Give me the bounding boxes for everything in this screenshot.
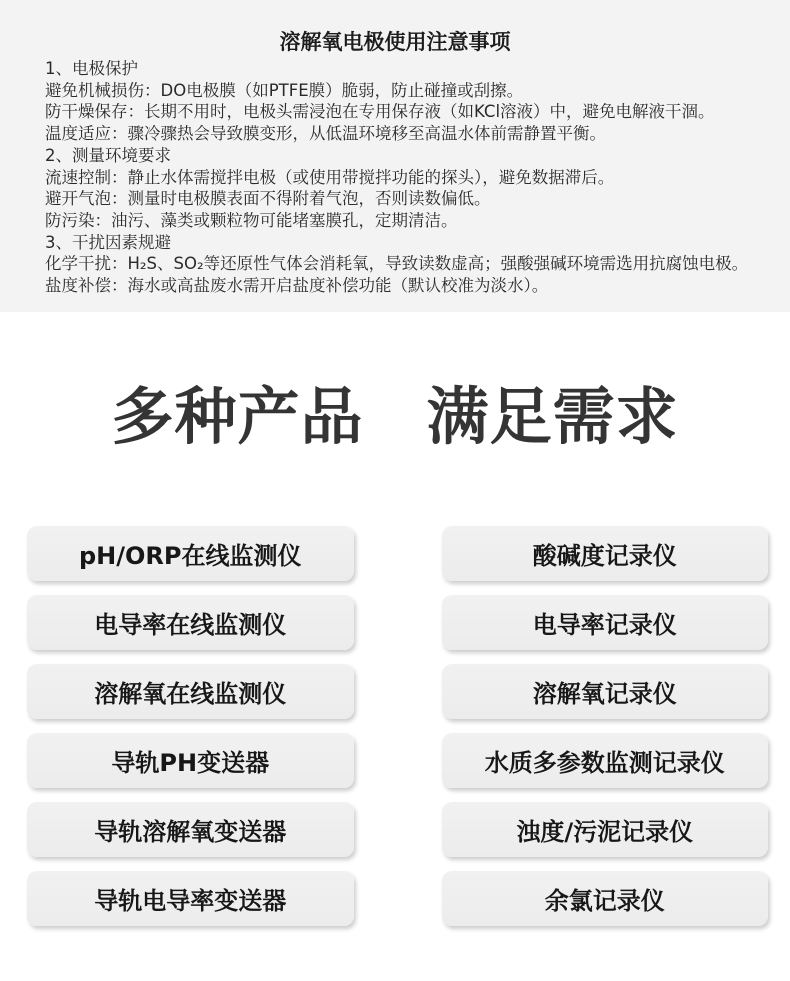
product-button-multiparameter-recorder[interactable]: 水质多参数监测记录仪 <box>442 733 769 788</box>
notice-line: 2、测量环境要求 <box>45 145 762 167</box>
product-column-left: pH/ORP在线监测仪 电导率在线监测仪 溶解氧在线监测仪 导轨PH变送器 导轨… <box>27 526 354 926</box>
notice-line: 3、干扰因素规避 <box>45 232 762 254</box>
notice-line: 盐度补偿：海水或高盐废水需开启盐度补偿功能（默认校准为淡水）。 <box>45 275 762 297</box>
product-button-conductivity-recorder[interactable]: 电导率记录仪 <box>442 595 769 650</box>
notice-line: 温度适应：骤冷骤热会导致膜变形，从低温环境移至高温水体前需静置平衡。 <box>45 123 762 145</box>
product-button-ph-recorder[interactable]: 酸碱度记录仪 <box>442 526 769 581</box>
hero-section: 多种产品 满足需求 <box>0 312 790 448</box>
notice-line: 流速控制：静止水体需搅拌电极（或使用带搅拌功能的探头），避免数据滞后。 <box>45 167 762 189</box>
product-button-rail-conductivity-transmitter[interactable]: 导轨电导率变送器 <box>27 871 354 926</box>
product-grid: pH/ORP在线监测仪 电导率在线监测仪 溶解氧在线监测仪 导轨PH变送器 导轨… <box>0 526 790 926</box>
notice-line: 防污染：油污、藻类或颗粒物可能堵塞膜孔，定期清洁。 <box>45 210 762 232</box>
hero-heading: 多种产品 满足需求 <box>0 386 790 448</box>
product-button-dissolved-oxygen-recorder[interactable]: 溶解氧记录仪 <box>442 664 769 719</box>
product-column-right: 酸碱度记录仪 电导率记录仪 溶解氧记录仪 水质多参数监测记录仪 浊度/污泥记录仪… <box>442 526 769 926</box>
product-button-conductivity-online-monitor[interactable]: 电导率在线监测仪 <box>27 595 354 650</box>
product-button-ph-orp-online-monitor[interactable]: pH/ORP在线监测仪 <box>27 526 354 581</box>
notice-line: 避开气泡：测量时电极膜表面不得附着气泡，否则读数偏低。 <box>45 188 762 210</box>
product-button-turbidity-sludge-recorder[interactable]: 浊度/污泥记录仪 <box>442 802 769 857</box>
product-button-rail-ph-transmitter[interactable]: 导轨PH变送器 <box>27 733 354 788</box>
notice-body: 1、电极保护 避免机械损伤：DO电极膜（如PTFE膜）脆弱，防止碰撞或刮擦。 防… <box>0 56 790 297</box>
product-button-rail-dissolved-oxygen-transmitter[interactable]: 导轨溶解氧变送器 <box>27 802 354 857</box>
notice-line: 化学干扰：H₂S、SO₂等还原性气体会消耗氧，导致读数虚高；强酸强碱环境需选用抗… <box>45 253 762 275</box>
product-button-dissolved-oxygen-online-monitor[interactable]: 溶解氧在线监测仪 <box>27 664 354 719</box>
notice-title: 溶解氧电极使用注意事项 <box>0 28 790 56</box>
notice-line: 1、电极保护 <box>45 58 762 80</box>
product-button-residual-chlorine-recorder[interactable]: 余氯记录仪 <box>442 871 769 926</box>
notice-section: 溶解氧电极使用注意事项 1、电极保护 避免机械损伤：DO电极膜（如PTFE膜）脆… <box>0 0 790 312</box>
notice-line: 防干燥保存：长期不用时，电极头需浸泡在专用保存液（如KCl溶液）中，避免电解液干… <box>45 101 762 123</box>
notice-line: 避免机械损伤：DO电极膜（如PTFE膜）脆弱，防止碰撞或刮擦。 <box>45 80 762 102</box>
